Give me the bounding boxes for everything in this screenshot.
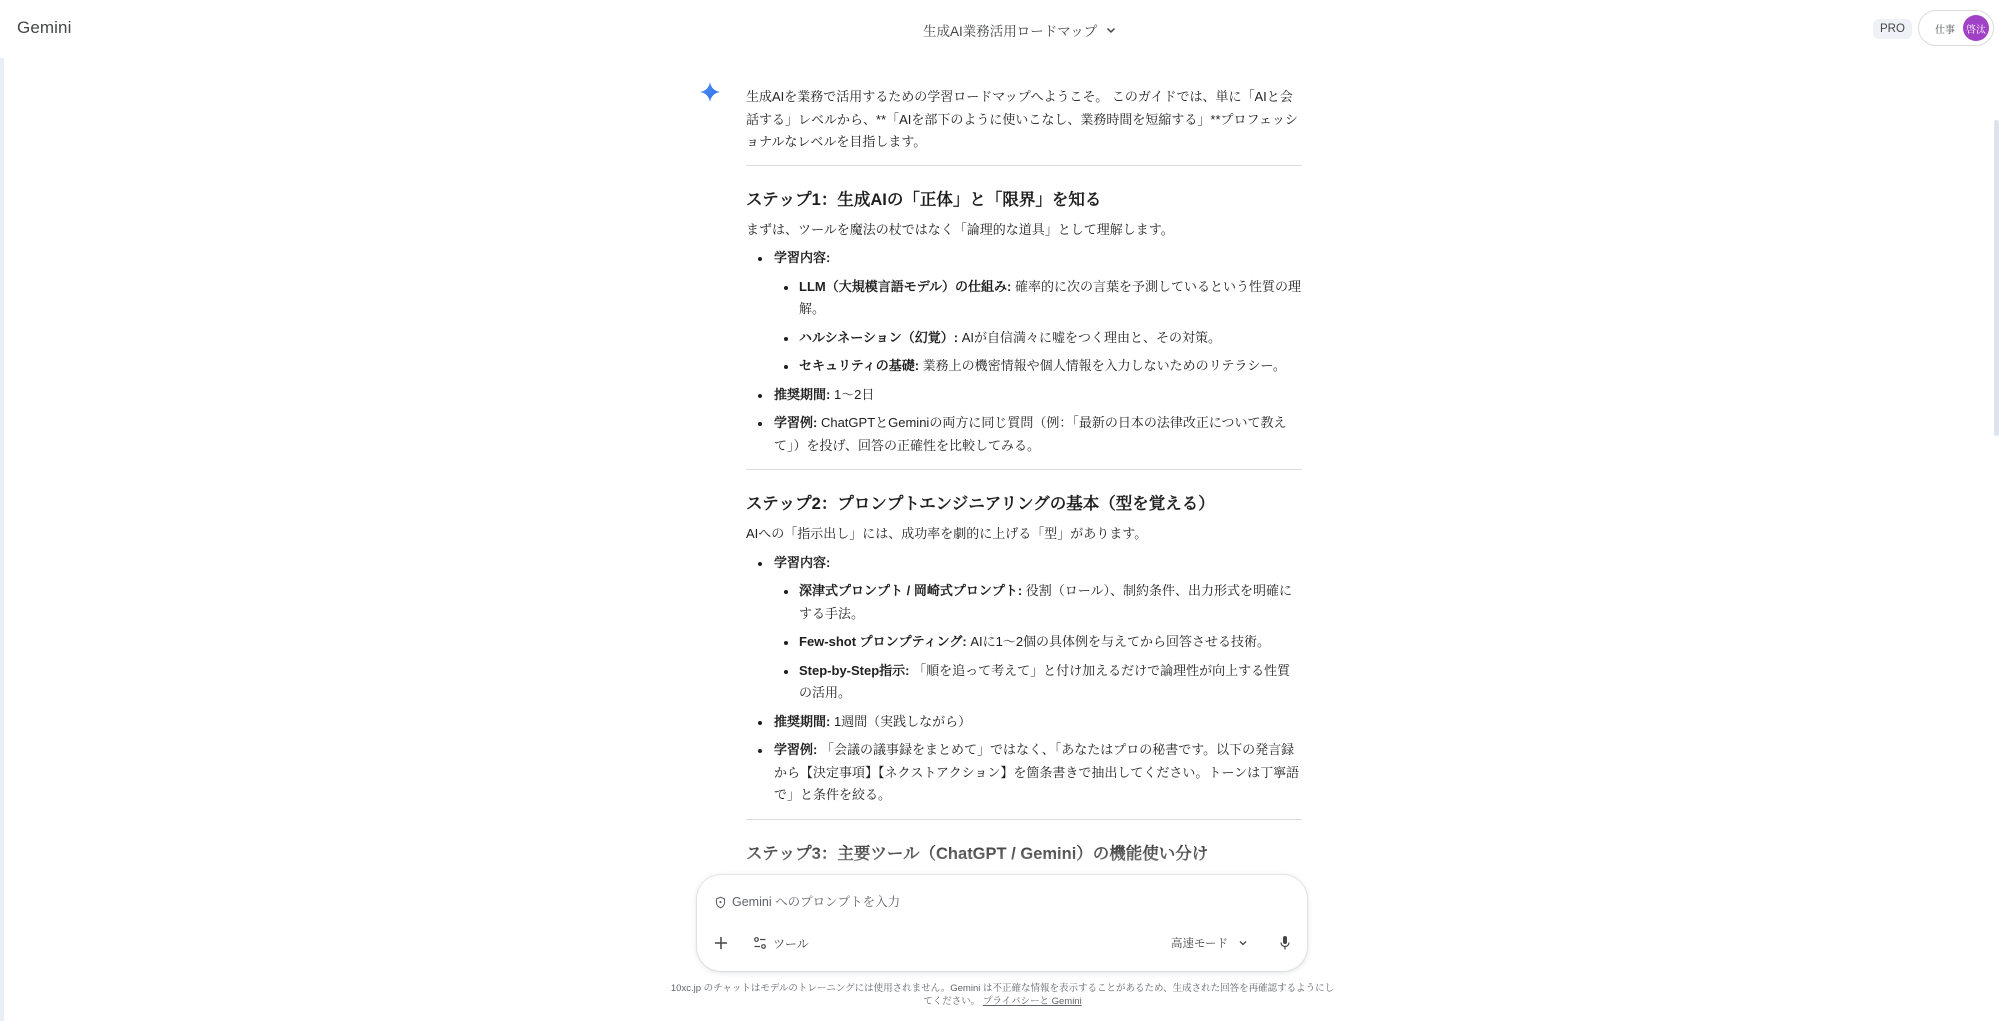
item-term: セキュリティの基礎: [799, 358, 919, 373]
item-desc: AIに1〜2個の具体例を与えてから回答させる技術。 [967, 634, 1270, 649]
plus-icon [714, 936, 728, 950]
prompt-input[interactable] [732, 895, 1232, 909]
item-term: ハルシネーション（幻覚）: [799, 330, 958, 345]
example-label: 学習例: [774, 415, 817, 430]
add-button[interactable] [709, 931, 733, 955]
period-label: 推奨期間: [774, 387, 830, 402]
step-lead: AIへの「指示出し」には、成功率を劇的に上げる「型」があります。 [746, 523, 1302, 546]
gemini-spark-icon [699, 81, 721, 103]
mode-select[interactable]: 高速モード [1171, 931, 1248, 955]
conversation-title: 生成AI業務活用ロードマップ [923, 20, 1097, 40]
tools-label: ツール [773, 935, 809, 952]
period-value: 1週間（実践しながら） [830, 714, 971, 729]
divider [746, 819, 1302, 820]
step-heading: ステップ1：生成AIの「正体」と「限界」を知る [746, 188, 1302, 212]
period-value: 1〜2日 [830, 387, 874, 402]
prompt-composer: ツール 高速モード [697, 875, 1307, 971]
scrollbar[interactable] [1994, 120, 1999, 436]
tools-icon [753, 936, 767, 950]
microphone-button[interactable] [1273, 931, 1297, 955]
list-item: 深津式プロンプト / 岡崎式プロンプト: 役割（ロール）、制約条件、出力形式を明… [774, 580, 1302, 625]
step-list: 学習内容: LLM（大規模言語モデル）の仕組み: 確率的に次の言葉を予測している… [746, 247, 1302, 457]
period-label: 推奨期間: [774, 714, 830, 729]
prompt-input-row[interactable] [714, 892, 1274, 912]
list-item: 学習内容: LLM（大規模言語モデル）の仕組み: 確率的に次の言葉を予測している… [746, 247, 1302, 378]
list-item: Step-by-Step指示: 「順を追って考えて」と付け加えるだけで論理性が向… [774, 660, 1302, 705]
list-item: LLM（大規模言語モデル）の仕組み: 確率的に次の言葉を予測しているという性質の… [774, 276, 1302, 321]
account-label: 仕事 [1935, 21, 1955, 36]
list-item: 推奨期間: 1週間（実践しながら） [746, 711, 1302, 734]
list-item: Few-shot プロンプティング: AIに1〜2個の具体例を与えてから回答させ… [774, 631, 1302, 654]
item-term: Step-by-Step指示: [799, 663, 910, 678]
item-desc: AIが自信満々に嘘をつく理由と、その対策。 [958, 330, 1221, 345]
mode-label: 高速モード [1171, 935, 1228, 951]
item-desc: 業務上の機密情報や個人情報を入力しないためのリテラシー。 [919, 358, 1286, 373]
avatar: 啓汰 [1963, 15, 1989, 41]
response-content: 生成AIを業務で活用するための学習ロードマップへようこそ。 このガイドでは、単に… [746, 86, 1302, 873]
list-item: 推奨期間: 1〜2日 [746, 384, 1302, 407]
item-term: LLM（大規模言語モデル）の仕組み: [799, 279, 1011, 294]
content-label: 学習内容: [774, 250, 830, 265]
example-label: 学習例: [774, 742, 817, 757]
microphone-icon [1278, 935, 1292, 951]
list-item: セキュリティの基礎: 業務上の機密情報や個人情報を入力しないためのリテラシー。 [774, 355, 1302, 378]
privacy-link[interactable]: プライバシーと Gemini [983, 996, 1082, 1007]
sidebar-rail [0, 0, 4, 1021]
tools-button[interactable]: ツール [753, 931, 809, 955]
step-3-section: ステップ3：主要ツール（ChatGPT / Gemini）の機能使い分け [746, 842, 1302, 866]
item-term: 深津式プロンプト / 岡崎式プロンプト: [799, 583, 1022, 598]
example-value: 「会議の議事録をまとめて」ではなく、「あなたはプロの秘書です。以下の発言録から【… [774, 742, 1299, 802]
conversation-title-menu[interactable]: 生成AI業務活用ロードマップ [923, 20, 1117, 40]
list-item: 学習例: ChatGPTとGeminiの両方に同じ質問（例：「最新の日本の法律改… [746, 412, 1302, 457]
account-switcher[interactable]: 仕事 啓汰 [1918, 10, 1994, 46]
content-sublist: 深津式プロンプト / 岡崎式プロンプト: 役割（ロール）、制約条件、出力形式を明… [774, 580, 1302, 705]
intro-paragraph: 生成AIを業務で活用するための学習ロードマップへようこそ。 このガイドでは、単に… [746, 86, 1302, 154]
footer-disclaimer: 10xc.jp のチャットはモデルのトレーニングには使用されません。Gemini… [670, 982, 1335, 1008]
step-lead: まずは、ツールを魔法の杖ではなく「論理的な道具」として理解します。 [746, 219, 1302, 242]
chevron-down-icon [1238, 938, 1248, 948]
step-heading: ステップ3：主要ツール（ChatGPT / Gemini）の機能使い分け [746, 842, 1302, 866]
example-value: ChatGPTとGeminiの両方に同じ質問（例：「最新の日本の法律改正について… [774, 415, 1287, 453]
content-sublist: LLM（大規模言語モデル）の仕組み: 確率的に次の言葉を予測しているという性質の… [774, 276, 1302, 378]
app-brand[interactable]: Gemini [17, 18, 71, 38]
top-bar: Gemini 生成AI業務活用ロードマップ PRO 仕事 啓汰 [0, 0, 1999, 58]
divider [746, 165, 1302, 166]
step-1-section: ステップ1：生成AIの「正体」と「限界」を知る まずは、ツールを魔法の杖ではなく… [746, 188, 1302, 458]
step-2-section: ステップ2：プロンプトエンジニアリングの基本（型を覚える） AIへの「指示出し」… [746, 492, 1302, 807]
divider [746, 469, 1302, 470]
pro-badge: PRO [1873, 19, 1912, 39]
step-list: 学習内容: 深津式プロンプト / 岡崎式プロンプト: 役割（ロール）、制約条件、… [746, 552, 1302, 807]
list-item: 学習内容: 深津式プロンプト / 岡崎式プロンプト: 役割（ロール）、制約条件、… [746, 552, 1302, 705]
content-label: 学習内容: [774, 555, 830, 570]
shield-icon [714, 896, 727, 909]
chevron-down-icon [1105, 24, 1117, 36]
item-term: Few-shot プロンプティング: [799, 634, 967, 649]
step-heading: ステップ2：プロンプトエンジニアリングの基本（型を覚える） [746, 492, 1302, 516]
list-item: ハルシネーション（幻覚）: AIが自信満々に嘘をつく理由と、その対策。 [774, 327, 1302, 350]
list-item: 学習例: 「会議の議事録をまとめて」ではなく、「あなたはプロの秘書です。以下の発… [746, 739, 1302, 807]
